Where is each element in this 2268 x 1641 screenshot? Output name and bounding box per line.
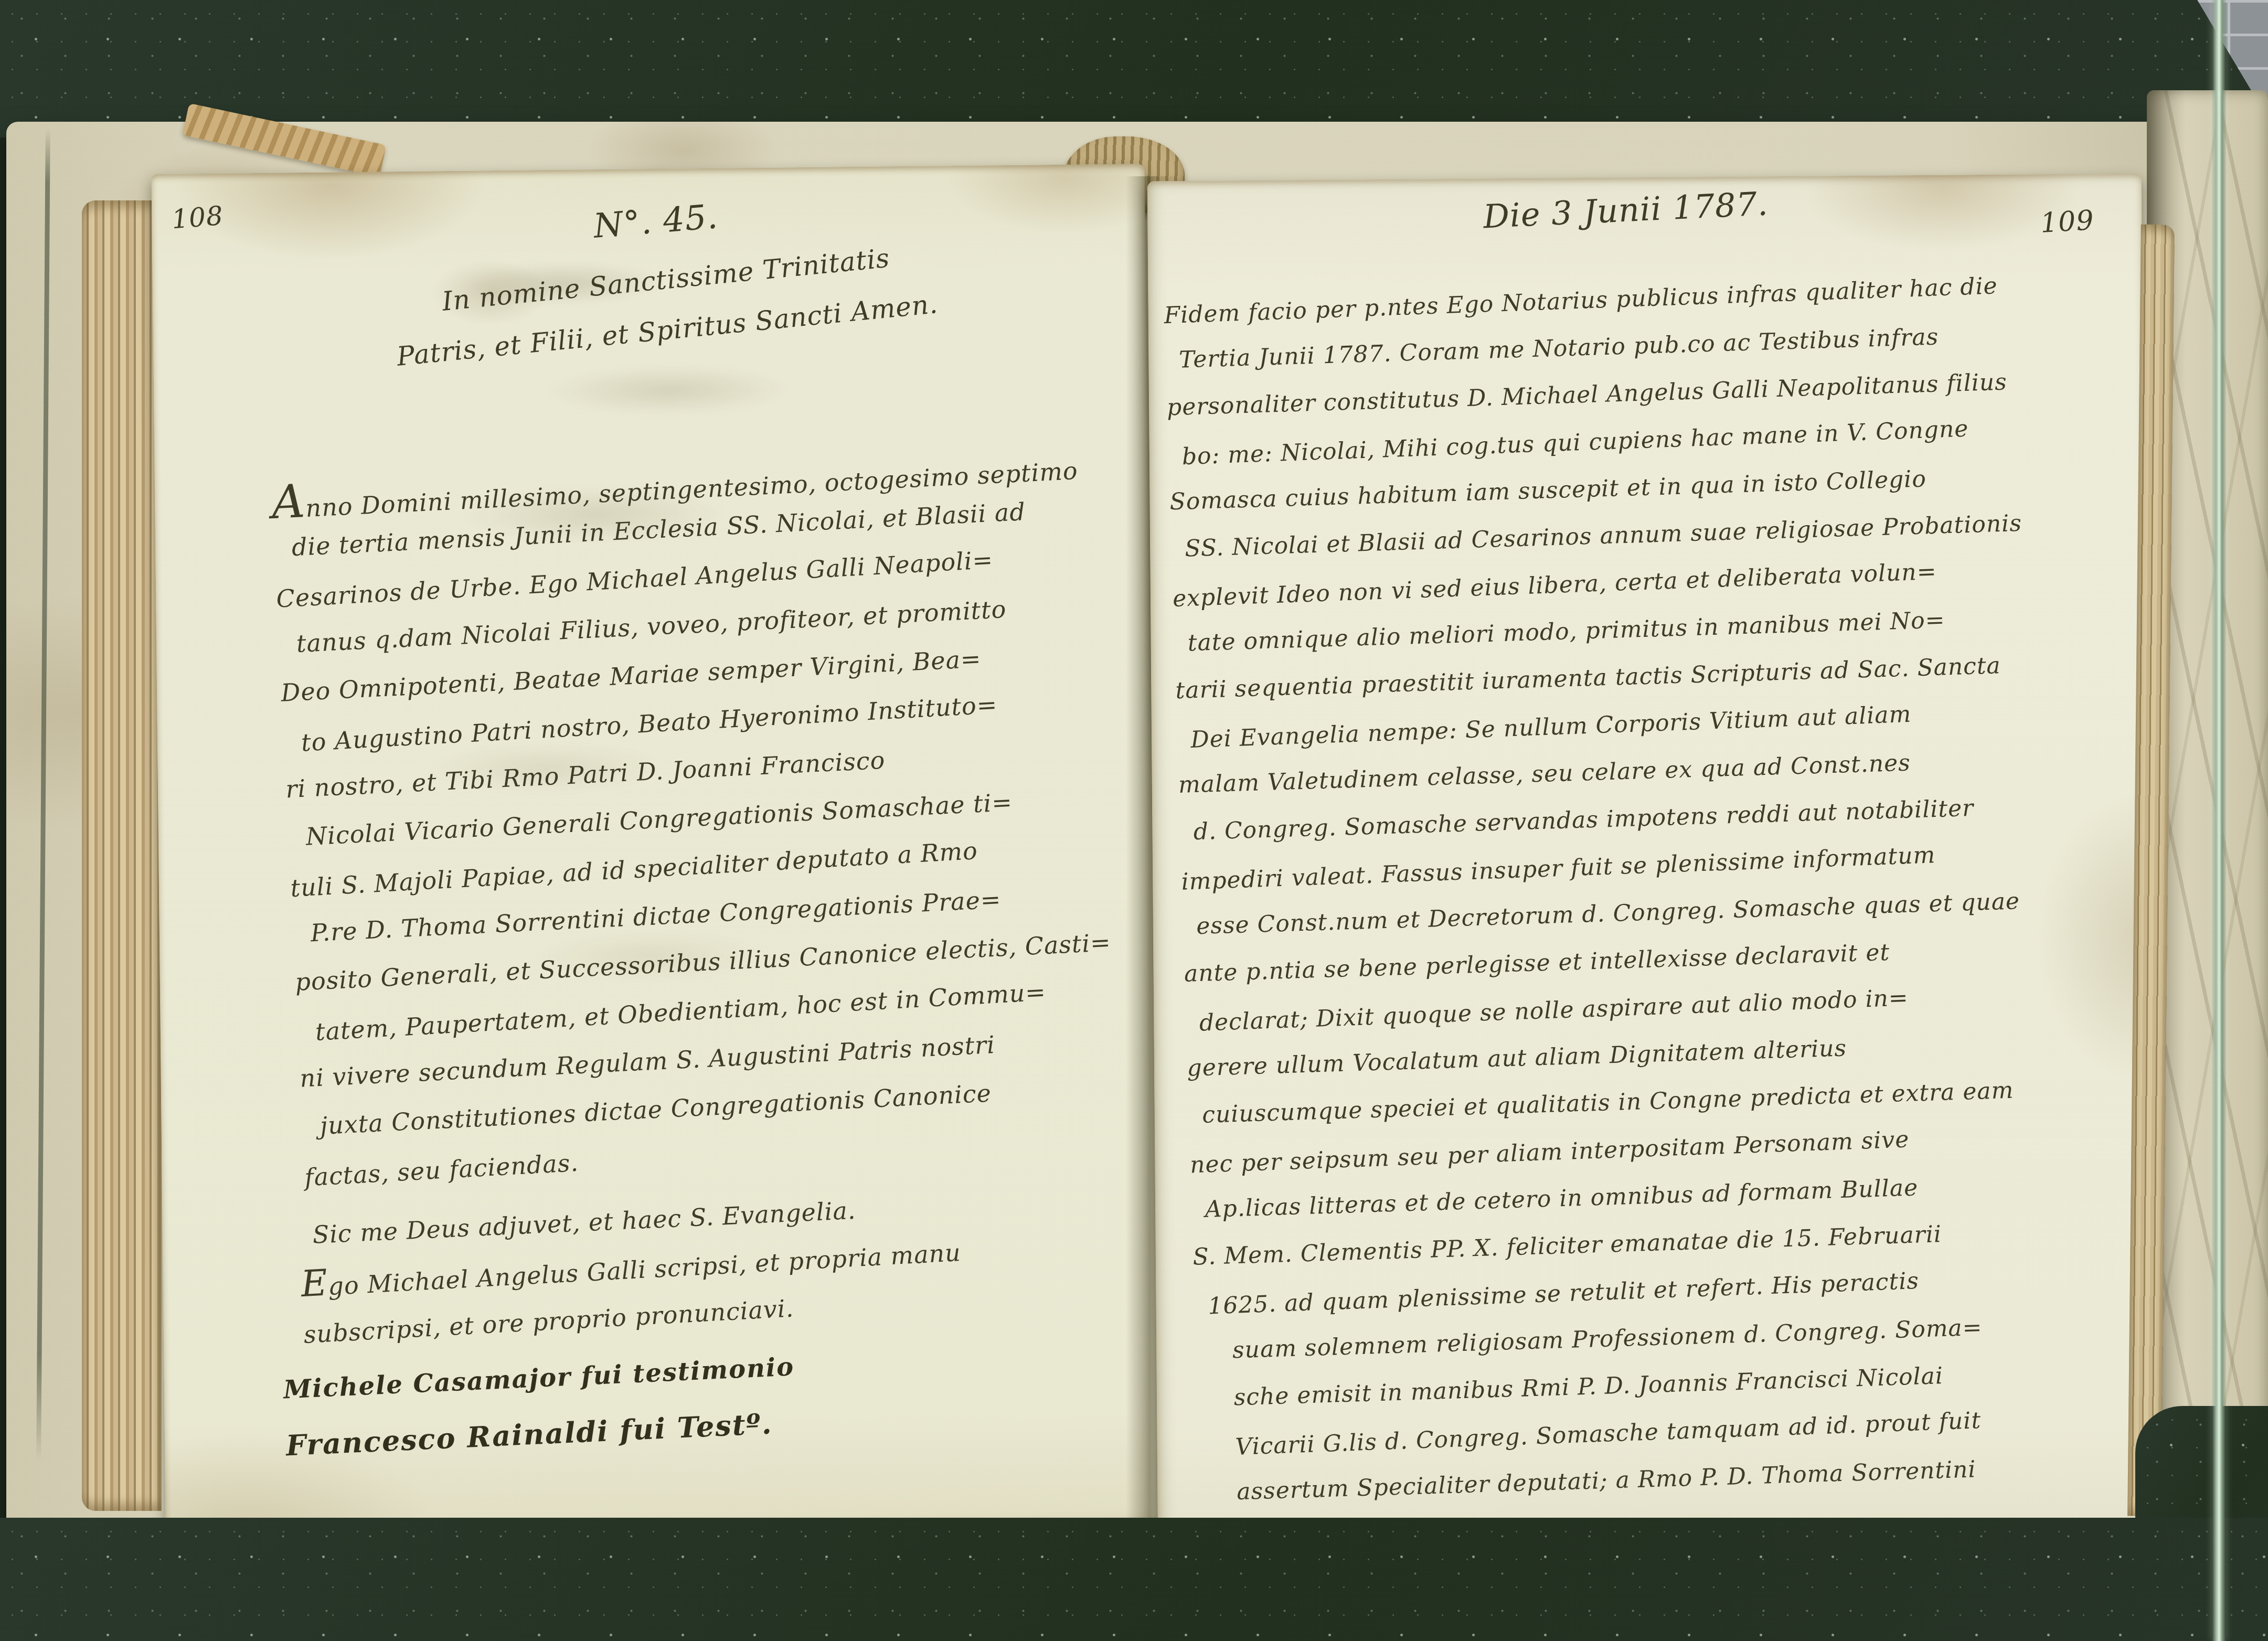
archive-photo-scene: 108 N°. 45. In nomine Sanctissime Trinit… [0, 0, 2268, 1641]
page-number-right: 109 [2040, 205, 2095, 239]
invocation-block: In nomine Sanctissime TrinitatisPatris, … [391, 239, 941, 392]
witness-signatures: Michele Casamajor fui testimonioFrancesc… [283, 1352, 798, 1482]
foam-cradle-bottom [0, 1518, 2268, 1641]
glass-rod [2212, 0, 2226, 1641]
date-heading: Die 3 Junii 1787. [1483, 184, 1769, 236]
foam-cradle-top [0, 0, 2268, 137]
profession-body-text: Anno Domini millesimo, septingentesimo, … [271, 444, 1155, 1209]
page-number-left: 108 [171, 200, 225, 235]
notarial-attestation-text: Fidem facio per p.ntes Ego Notarius publ… [1164, 271, 2145, 1527]
act-number-heading: N°. 45. [592, 197, 720, 246]
subscription-block: Ego Michael Angelus Galli scripsi, et pr… [300, 1234, 965, 1371]
page-edges-stack-left [82, 200, 162, 1511]
manuscript-page-left: 108 N°. 45. In nomine Sanctissime Trinit… [152, 164, 1159, 1530]
manuscript-page-right: Die 3 Junii 1787. 109 Fidem facio per p.… [1147, 174, 2153, 1569]
